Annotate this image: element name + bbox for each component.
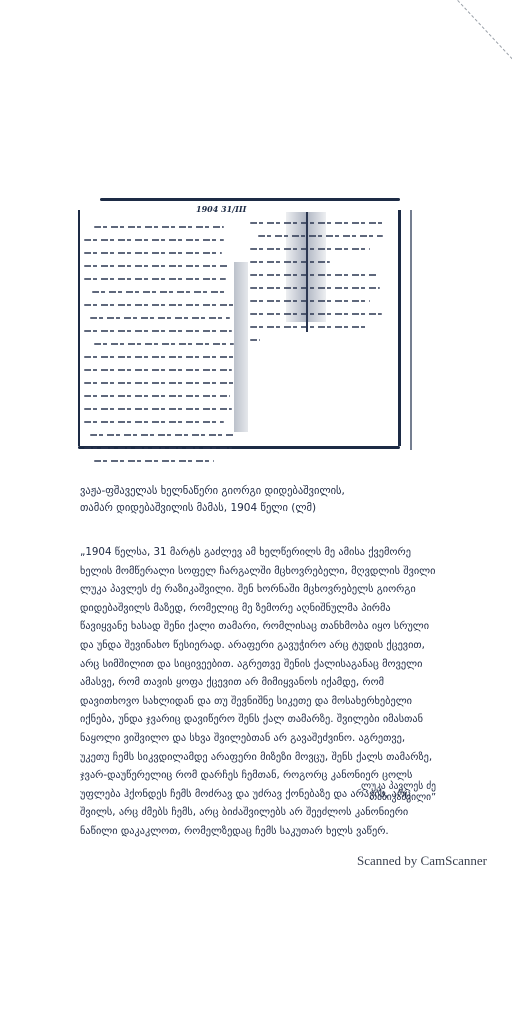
- handwriting-line: [84, 265, 229, 267]
- photo-border-left: [78, 210, 80, 446]
- handwriting-line: [250, 313, 382, 315]
- camscanner-watermark: Scanned by CamScanner: [357, 853, 487, 869]
- handwriting-line: [250, 339, 260, 341]
- handwriting-line: [94, 226, 224, 228]
- handwriting-line: [92, 291, 228, 293]
- handwriting-line: [250, 287, 380, 289]
- handwriting-line: [90, 434, 235, 436]
- handwriting-line: [84, 304, 234, 306]
- handwriting-line: [84, 395, 230, 397]
- handwriting-line: [250, 222, 385, 224]
- handwriting-line: [84, 278, 226, 280]
- handwriting-line: [84, 252, 222, 254]
- handwriting-line: [94, 343, 234, 345]
- caption-line-1: ვაჟა-ფშაველას ხელნაწერი გიორგი დიდებაშვი…: [80, 483, 430, 500]
- photo-border-right: [398, 210, 401, 446]
- page-shadow: [234, 262, 248, 432]
- photo-border-top: [100, 198, 400, 201]
- handwriting-line: [84, 239, 224, 241]
- handwriting-line: [250, 326, 368, 328]
- handwriting-line: [250, 274, 378, 276]
- letter-page-right: [250, 212, 390, 432]
- handwriting-line: [84, 330, 232, 332]
- handwriting-line: [84, 369, 232, 371]
- handwriting-line: [84, 382, 234, 384]
- handwriting-line: [84, 421, 224, 423]
- photo-border-right-outer: [410, 210, 412, 450]
- handwriting-line: [250, 261, 330, 263]
- letter-page-left: [84, 212, 242, 432]
- handwriting-line: [84, 408, 232, 410]
- photo-caption: ვაჟა-ფშაველას ხელნაწერი გიორგი დიდებაშვი…: [80, 483, 430, 517]
- handwriting-line: [84, 356, 234, 358]
- letter-photo: 1904 31/III: [78, 198, 412, 450]
- handwriting-line: [250, 248, 370, 250]
- handwriting-line: [84, 447, 232, 449]
- handwriting-line: [94, 460, 214, 462]
- handwriting-line: [258, 235, 383, 237]
- caption-line-2: თამარ დიდებაშვილის მამას, 1904 წელი (ლმ): [80, 500, 430, 517]
- page-fold-mark: [457, 0, 512, 59]
- handwriting-line: [250, 300, 370, 302]
- letter-signature: ლუკა პავლეს ძე რაზიკაშვილი”: [296, 781, 436, 803]
- handwriting-line: [90, 317, 230, 319]
